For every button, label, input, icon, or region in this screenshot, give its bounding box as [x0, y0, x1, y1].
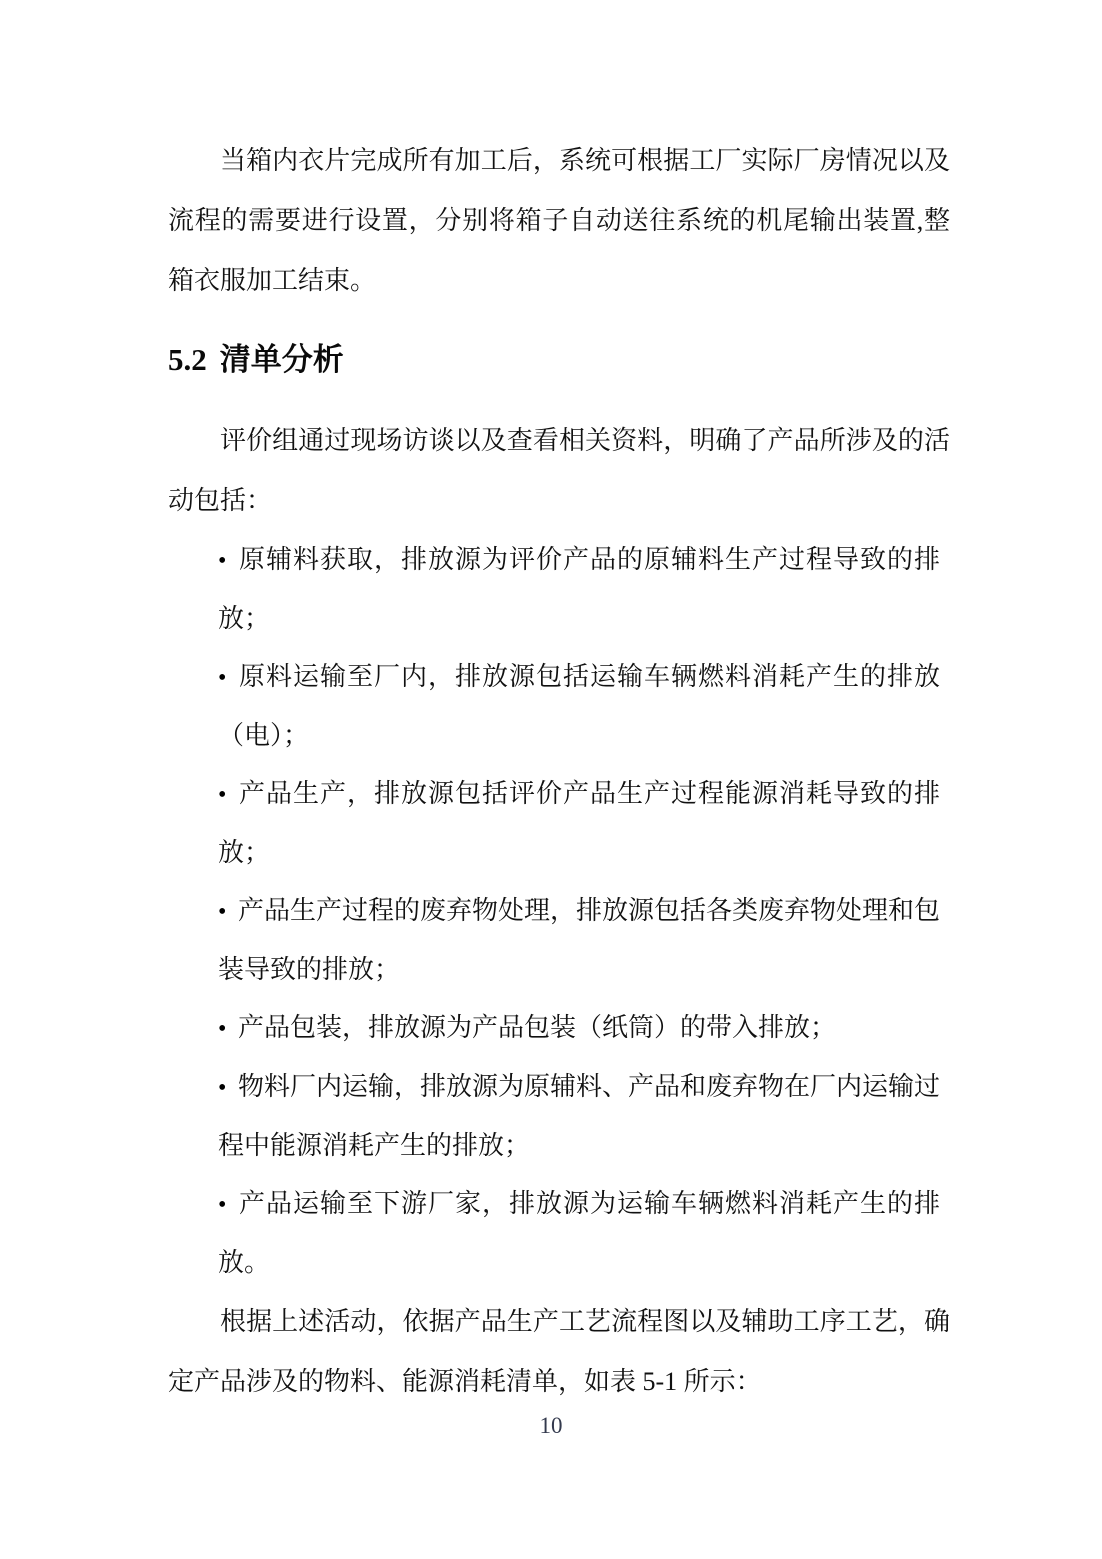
- list-item-text: 产品运输至下游厂家，排放源为运输车辆燃料消耗产生的排放。: [218, 1189, 940, 1277]
- list-item-text: 产品生产过程的废弃物处理，排放源包括各类废弃物处理和包装导致的排放；: [218, 896, 940, 984]
- activity-bullet-list: •原辅料获取，排放源为评价产品的原辅料生产过程导致的排放； •原料运输至厂内，排…: [168, 531, 940, 1292]
- lead-paragraph: 评价组通过现场访谈以及查看相关资料，明确了产品所涉及的活动包括：: [168, 411, 950, 531]
- closing-paragraph: 根据上述活动，依据产品生产工艺流程图以及辅助工序工艺，确定产品涉及的物料、能源消…: [168, 1292, 950, 1412]
- list-item-text: 原料运输至厂内，排放源包括运输车辆燃料消耗产生的排放（电）；: [218, 662, 940, 750]
- section-heading: 5.2清单分析: [168, 336, 950, 384]
- bullet-icon: •: [218, 1000, 238, 1058]
- bullet-icon: •: [218, 883, 238, 941]
- document-page: 当箱内衣片完成所有加工后，系统可根据工厂实际厂房情况以及流程的需要进行设置，分别…: [0, 0, 1102, 1559]
- bullet-icon: •: [218, 1176, 238, 1234]
- section-title: 清单分析: [220, 342, 344, 377]
- page-number: 10: [0, 1406, 1102, 1446]
- list-item: •产品包装，排放源为产品包装（纸筒）的带入排放；: [168, 999, 940, 1058]
- list-item: •产品生产，排放源包括评价产品生产过程能源消耗导致的排放；: [168, 765, 940, 882]
- list-item-text: 原辅料获取，排放源为评价产品的原辅料生产过程导致的排放；: [218, 545, 940, 633]
- list-item: •原辅料获取，排放源为评价产品的原辅料生产过程导致的排放；: [168, 531, 940, 648]
- list-item-text: 物料厂内运输，排放源为原辅料、产品和废弃物在厂内运输过程中能源消耗产生的排放；: [218, 1072, 940, 1160]
- list-item: •产品生产过程的废弃物处理，排放源包括各类废弃物处理和包装导致的排放；: [168, 882, 940, 999]
- bullet-icon: •: [218, 649, 238, 707]
- list-item-text: 产品包装，排放源为产品包装（纸筒）的带入排放；: [238, 1013, 836, 1042]
- intro-paragraph: 当箱内衣片完成所有加工后，系统可根据工厂实际厂房情况以及流程的需要进行设置，分别…: [168, 131, 950, 311]
- section-number: 5.2: [168, 342, 207, 377]
- bullet-icon: •: [218, 766, 238, 824]
- list-item: •物料厂内运输，排放源为原辅料、产品和废弃物在厂内运输过程中能源消耗产生的排放；: [168, 1058, 940, 1175]
- bullet-icon: •: [218, 1059, 238, 1117]
- list-item: •原料运输至厂内，排放源包括运输车辆燃料消耗产生的排放（电）；: [168, 648, 940, 765]
- document-content: 当箱内衣片完成所有加工后，系统可根据工厂实际厂房情况以及流程的需要进行设置，分别…: [168, 131, 950, 1412]
- list-item: •产品运输至下游厂家，排放源为运输车辆燃料消耗产生的排放。: [168, 1175, 940, 1292]
- bullet-icon: •: [218, 532, 238, 590]
- list-item-text: 产品生产，排放源包括评价产品生产过程能源消耗导致的排放；: [218, 779, 940, 867]
